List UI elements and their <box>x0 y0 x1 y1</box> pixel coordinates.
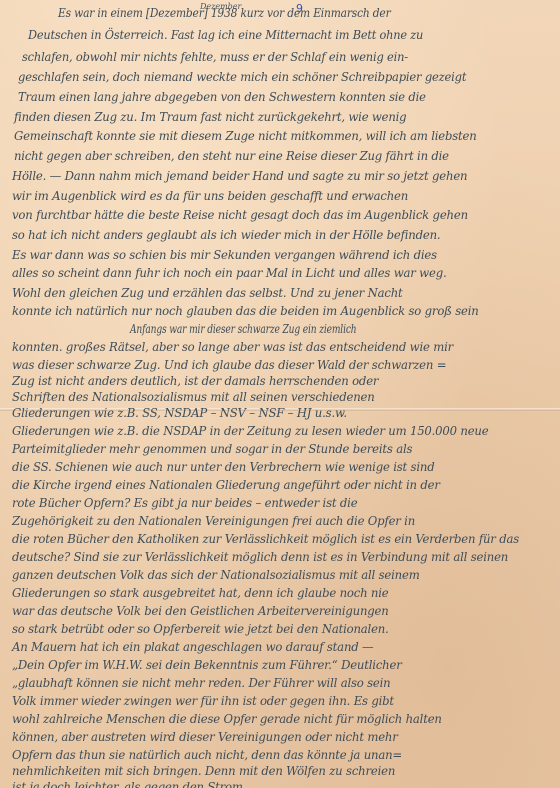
handwritten-line: Deutschen in Österreich. Fast lag ich ei… <box>28 28 548 42</box>
handwritten-line: Opfern das thun sie natürlich auch nicht… <box>12 748 548 762</box>
handwritten-line: ganzen deutschen Volk das sich der Natio… <box>12 568 548 582</box>
handwritten-line: Gliederungen wie z.B. die NSDAP in der Z… <box>12 424 548 438</box>
handwritten-line: deutsche? Sind sie zur Verlässlichkeit m… <box>12 550 548 564</box>
handwritten-line: Gliederungen so stark ausgebreitet hat, … <box>12 586 548 600</box>
handwritten-line: die SS. Schienen wie auch nur unter den … <box>12 460 548 474</box>
handwritten-line: Zug ist nicht anders deutlich, ist der d… <box>12 374 548 388</box>
handwritten-line: so stark betrübt oder so Opferbereit wie… <box>12 622 548 636</box>
handwritten-line: was dieser schwarze Zug. Und ich glaube … <box>12 358 548 372</box>
handwritten-line: geschlafen sein, doch niemand weckte mic… <box>18 70 548 84</box>
handwritten-line: war das deutsche Volk bei den Geistliche… <box>12 604 548 618</box>
handwritten-line: Traum einen lang jahre abgegeben von den… <box>18 90 548 104</box>
handwritten-line: konnten. großes Rätsel, aber so lange ab… <box>12 340 548 354</box>
handwritten-line: wir im Augenblick wird es da für uns bei… <box>12 189 548 203</box>
handwritten-line: An Mauern hat ich ein plakat angeschlage… <box>12 640 548 654</box>
handwritten-line: Es war dann was so schien bis mir Sekund… <box>12 248 548 262</box>
handwritten-line: Es war in einem [Dezember] 1938 kurz vor… <box>58 6 548 20</box>
handwritten-line: nicht gegen aber schreiben, den steht nu… <box>14 149 548 163</box>
handwritten-line: wohl zahlreiche Menschen die diese Opfer… <box>12 712 548 726</box>
letter-page: Dezember 9 Es war in einem [Dezember] 19… <box>0 0 560 788</box>
handwritten-line: von furchtbar hätte die beste Reise nich… <box>12 208 548 222</box>
handwritten-line: konnte ich natürlich nur noch glauben da… <box>12 304 548 318</box>
handwritten-line: Wohl den gleichen Zug und erzählen das s… <box>12 286 548 300</box>
handwritten-line: rote Bücher Opfern? Es gibt ja nur beide… <box>12 496 548 510</box>
handwritten-line: so hat ich nicht anders geglaubt als ich… <box>12 228 548 242</box>
handwritten-line: ist ja doch leichter, als gegen den Stro… <box>12 780 548 788</box>
handwritten-line: Schriften des Nationalsozialismus mit al… <box>12 390 548 404</box>
handwritten-line: alles so scheint dann fuhr ich noch ein … <box>12 266 548 280</box>
handwritten-line: finden diesen Zug zu. Im Traum fast nich… <box>14 110 548 124</box>
handwritten-line: Zugehörigkeit zu den Nationalen Vereinig… <box>12 514 548 528</box>
handwritten-line: Hölle. — Dann nahm mich jemand beider Ha… <box>12 169 548 183</box>
handwritten-line: nehmlichkeiten mit sich bringen. Denn mi… <box>12 764 548 778</box>
handwritten-line: Volk immer wieder zwingen wer für ihn is… <box>12 694 548 708</box>
handwritten-line: Parteimitglieder mehr genommen und sogar… <box>12 442 548 456</box>
handwritten-line: „glaubhaft können sie nicht mehr reden. … <box>12 676 548 690</box>
handwritten-line: Gemeinschaft konnte sie mit diesem Zuge … <box>14 129 548 143</box>
handwritten-line: Anfangs war mir dieser schwarze Zug ein … <box>130 322 548 336</box>
handwritten-line: schlafen, obwohl mir nichts fehlte, muss… <box>22 50 548 64</box>
handwritten-line: Gliederungen wie z.B. SS, NSDAP – NSV – … <box>12 406 548 420</box>
handwritten-line: können, aber austreten wird dieser Verei… <box>12 730 548 744</box>
handwritten-line: die Kirche irgend eines Nationalen Glied… <box>12 478 548 492</box>
handwritten-line: die roten Bücher den Katholiken zur Verl… <box>12 532 548 546</box>
handwritten-line: „Dein Opfer im W.H.W. sei dein Bekenntni… <box>12 658 548 672</box>
